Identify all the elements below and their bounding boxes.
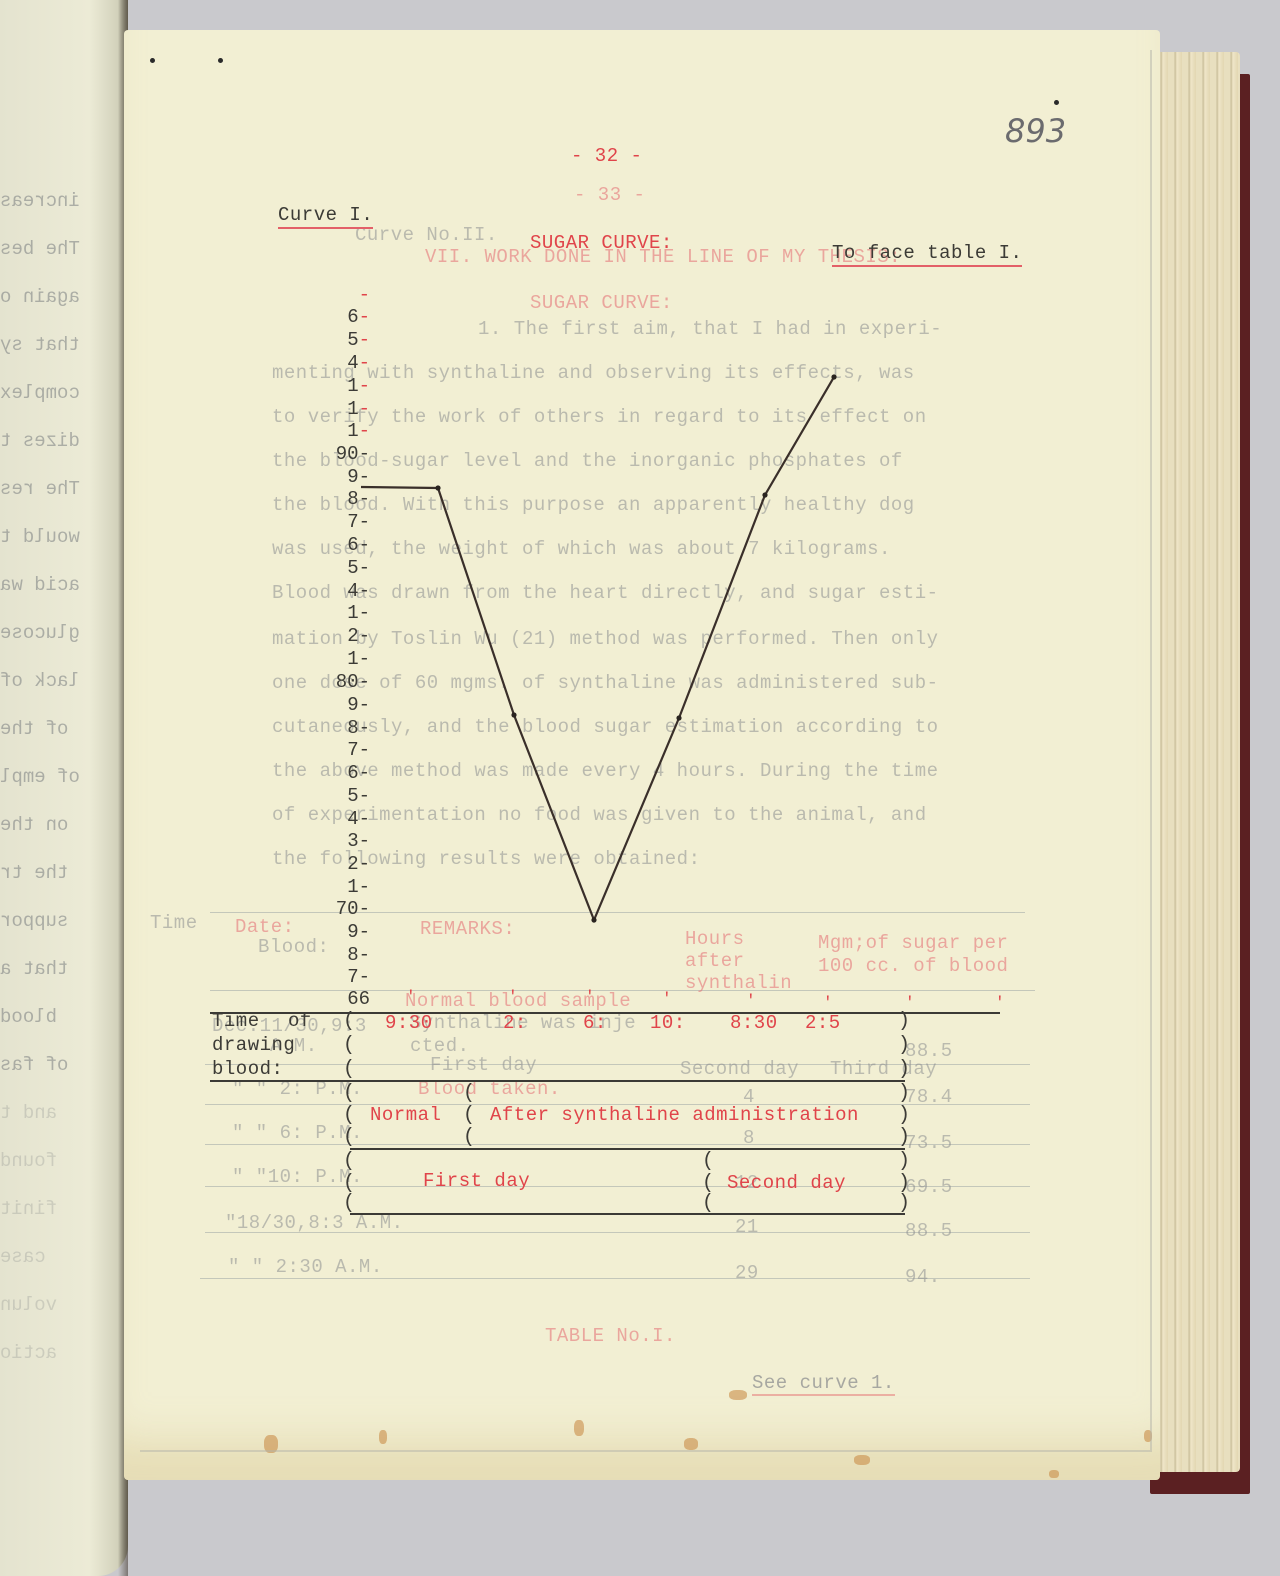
time-label-2: 2: [503,1012,527,1034]
time-label-6: 2:5 [805,1012,841,1034]
period-normal: Normal [370,1104,441,1126]
row-label-time: Time [212,1010,260,1032]
table-caption: TABLE No.I. [545,1325,676,1347]
see-curve-note: See curve 1. [752,1372,895,1394]
time-label-3: 6: [583,1012,607,1034]
row-label-of: of [288,1010,312,1032]
day-first: First day [423,1170,530,1192]
row-label-drawing: drawing [212,1034,295,1056]
time-label-5: 8:30 [730,1012,778,1034]
day-second: Second day [727,1172,846,1194]
time-label-1: 9:30 [385,1012,433,1034]
time-label-4: 10: [650,1012,686,1034]
sugar-curve-line [361,377,834,920]
see-curve-text: See curve 1. [752,1372,895,1396]
data-point-markers [435,374,836,922]
row-label-blood: blood: [212,1058,283,1080]
period-after-synthaline: After synthaline administration [490,1104,859,1126]
